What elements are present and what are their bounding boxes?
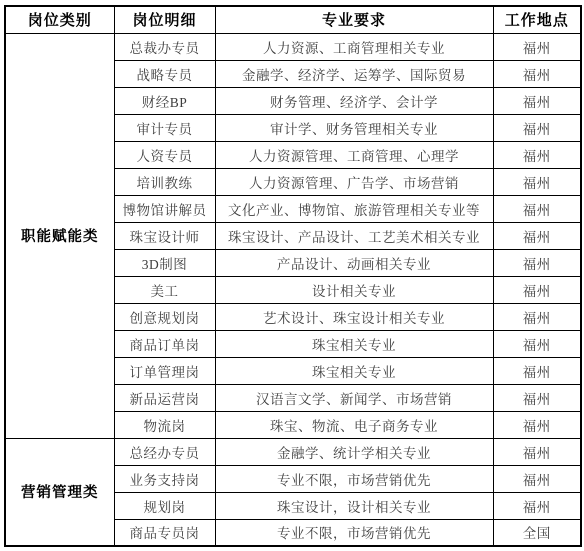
major-cell: 艺术设计、珠宝设计相关专业 (215, 303, 493, 330)
position-cell: 人资专员 (114, 141, 215, 168)
location-cell: 福州 (493, 465, 581, 492)
major-cell: 人力资源管理、工商管理、心理学 (215, 141, 493, 168)
major-cell: 设计相关专业 (215, 276, 493, 303)
location-cell: 福州 (493, 222, 581, 249)
position-cell: 战略专员 (114, 60, 215, 87)
position-cell: 订单管理岗 (114, 357, 215, 384)
location-cell: 福州 (493, 114, 581, 141)
table-row: 营销管理类 总经办专员 金融学、统计学相关专业 福州 (5, 438, 581, 465)
position-cell: 物流岗 (114, 411, 215, 438)
location-cell: 福州 (493, 168, 581, 195)
location-cell: 福州 (493, 276, 581, 303)
major-cell: 金融学、统计学相关专业 (215, 438, 493, 465)
major-cell: 汉语言文学、新闻学、市场营销 (215, 384, 493, 411)
location-cell: 福州 (493, 492, 581, 519)
major-cell: 审计学、财务管理相关专业 (215, 114, 493, 141)
location-cell: 福州 (493, 87, 581, 114)
position-cell: 博物馆讲解员 (114, 195, 215, 222)
major-cell: 珠宝设计、产品设计、工艺美术相关专业 (215, 222, 493, 249)
position-cell: 商品专员岗 (114, 519, 215, 546)
position-cell: 培训教练 (114, 168, 215, 195)
major-cell: 珠宝相关专业 (215, 357, 493, 384)
table-row: 职能赋能类 总裁办专员 人力资源、工商管理相关专业 福州 (5, 33, 581, 60)
location-cell: 福州 (493, 249, 581, 276)
position-cell: 3D制图 (114, 249, 215, 276)
location-cell: 福州 (493, 141, 581, 168)
location-cell: 福州 (493, 411, 581, 438)
location-cell: 全国 (493, 519, 581, 546)
category-cell: 职能赋能类 (5, 33, 114, 438)
location-cell: 福州 (493, 384, 581, 411)
location-cell: 福州 (493, 195, 581, 222)
document-page: 岗位类别 岗位明细 专业要求 工作地点 职能赋能类 总裁办专员 人力资源、工商管… (0, 0, 584, 551)
column-header-category: 岗位类别 (5, 6, 114, 33)
column-header-position: 岗位明细 (114, 6, 215, 33)
location-cell: 福州 (493, 357, 581, 384)
column-header-location: 工作地点 (493, 6, 581, 33)
major-cell: 专业不限，市场营销优先 (215, 465, 493, 492)
location-cell: 福州 (493, 438, 581, 465)
header-row: 岗位类别 岗位明细 专业要求 工作地点 (5, 6, 581, 33)
position-cell: 美工 (114, 276, 215, 303)
major-cell: 金融学、经济学、运筹学、国际贸易 (215, 60, 493, 87)
major-cell: 人力资源、工商管理相关专业 (215, 33, 493, 60)
column-header-major: 专业要求 (215, 6, 493, 33)
major-cell: 珠宝设计，设计相关专业 (215, 492, 493, 519)
position-cell: 创意规划岗 (114, 303, 215, 330)
major-cell: 财务管理、经济学、会计学 (215, 87, 493, 114)
major-cell: 珠宝、物流、电子商务专业 (215, 411, 493, 438)
position-cell: 新品运营岗 (114, 384, 215, 411)
position-cell: 总经办专员 (114, 438, 215, 465)
major-cell: 文化产业、博物馆、旅游管理相关专业等 (215, 195, 493, 222)
position-cell: 规划岗 (114, 492, 215, 519)
position-cell: 财经BP (114, 87, 215, 114)
position-cell: 审计专员 (114, 114, 215, 141)
major-cell: 珠宝相关专业 (215, 330, 493, 357)
location-cell: 福州 (493, 60, 581, 87)
category-cell: 营销管理类 (5, 438, 114, 546)
major-cell: 人力资源管理、广告学、市场营销 (215, 168, 493, 195)
position-cell: 业务支持岗 (114, 465, 215, 492)
location-cell: 福州 (493, 330, 581, 357)
position-cell: 商品订单岗 (114, 330, 215, 357)
major-cell: 产品设计、动画相关专业 (215, 249, 493, 276)
position-cell: 珠宝设计师 (114, 222, 215, 249)
major-cell: 专业不限，市场营销优先 (215, 519, 493, 546)
location-cell: 福州 (493, 33, 581, 60)
location-cell: 福州 (493, 303, 581, 330)
job-positions-table: 岗位类别 岗位明细 专业要求 工作地点 职能赋能类 总裁办专员 人力资源、工商管… (4, 5, 582, 547)
position-cell: 总裁办专员 (114, 33, 215, 60)
